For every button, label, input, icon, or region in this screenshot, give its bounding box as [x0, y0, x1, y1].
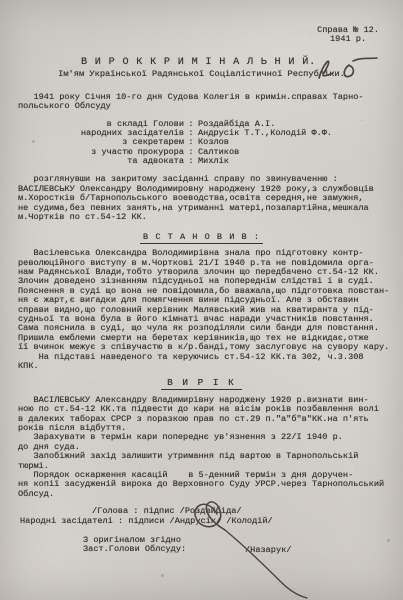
certifier-name: /Назарук/: [245, 546, 291, 555]
certification-block: З оригіналом згідно Заст.Голови Облсуду:…: [83, 536, 403, 555]
document-title: В И Р О К К Р И М І Н А Л Ь Н И Й.: [0, 58, 397, 67]
certification-line2: Заст.Голови Облсуду:: [83, 545, 403, 554]
verdict-body: ВАСІЛЕВСЬКУ Александру Владимирівну наро…: [18, 396, 395, 499]
panel-separator: :: [184, 157, 198, 166]
established-heading-text: В С Т А Н О В И В :: [140, 232, 263, 244]
case-reference: Справа № 12. 1941 р.: [317, 26, 379, 45]
court-session-intro: 1941 року Січня 10-го дня Судова Колегія…: [18, 93, 389, 112]
panel-names: Михлік: [198, 157, 403, 166]
verdict-heading-text: В И Р І К: [161, 377, 242, 390]
document-page: Справа № 12. 1941 р. В И Р О К К Р И М І…: [0, 0, 403, 600]
established-heading: В С Т А Н О В И В :: [0, 233, 403, 242]
court-panel-list: в складі Голови : Роздайбіда А.І. народн…: [68, 120, 403, 167]
defendant-description: ВАСІЛЕВСЬКУ Олександру Володимировну нар…: [18, 185, 393, 223]
verdict-heading: В И Р І К: [0, 378, 403, 388]
accusation-intro: розглянувши на закритому засіданні справ…: [18, 175, 389, 184]
panel-role: та адвоката: [68, 157, 184, 166]
signature-line-assessors: Народні засідателі : підписи /Андрусік/ …: [20, 517, 403, 526]
established-facts: Васілевська Олександра Володимирівна зна…: [18, 249, 395, 371]
case-year: 1941 р.: [317, 35, 379, 44]
document-subtitle: Ім'ям Української Радянської Соціалістич…: [0, 70, 403, 79]
